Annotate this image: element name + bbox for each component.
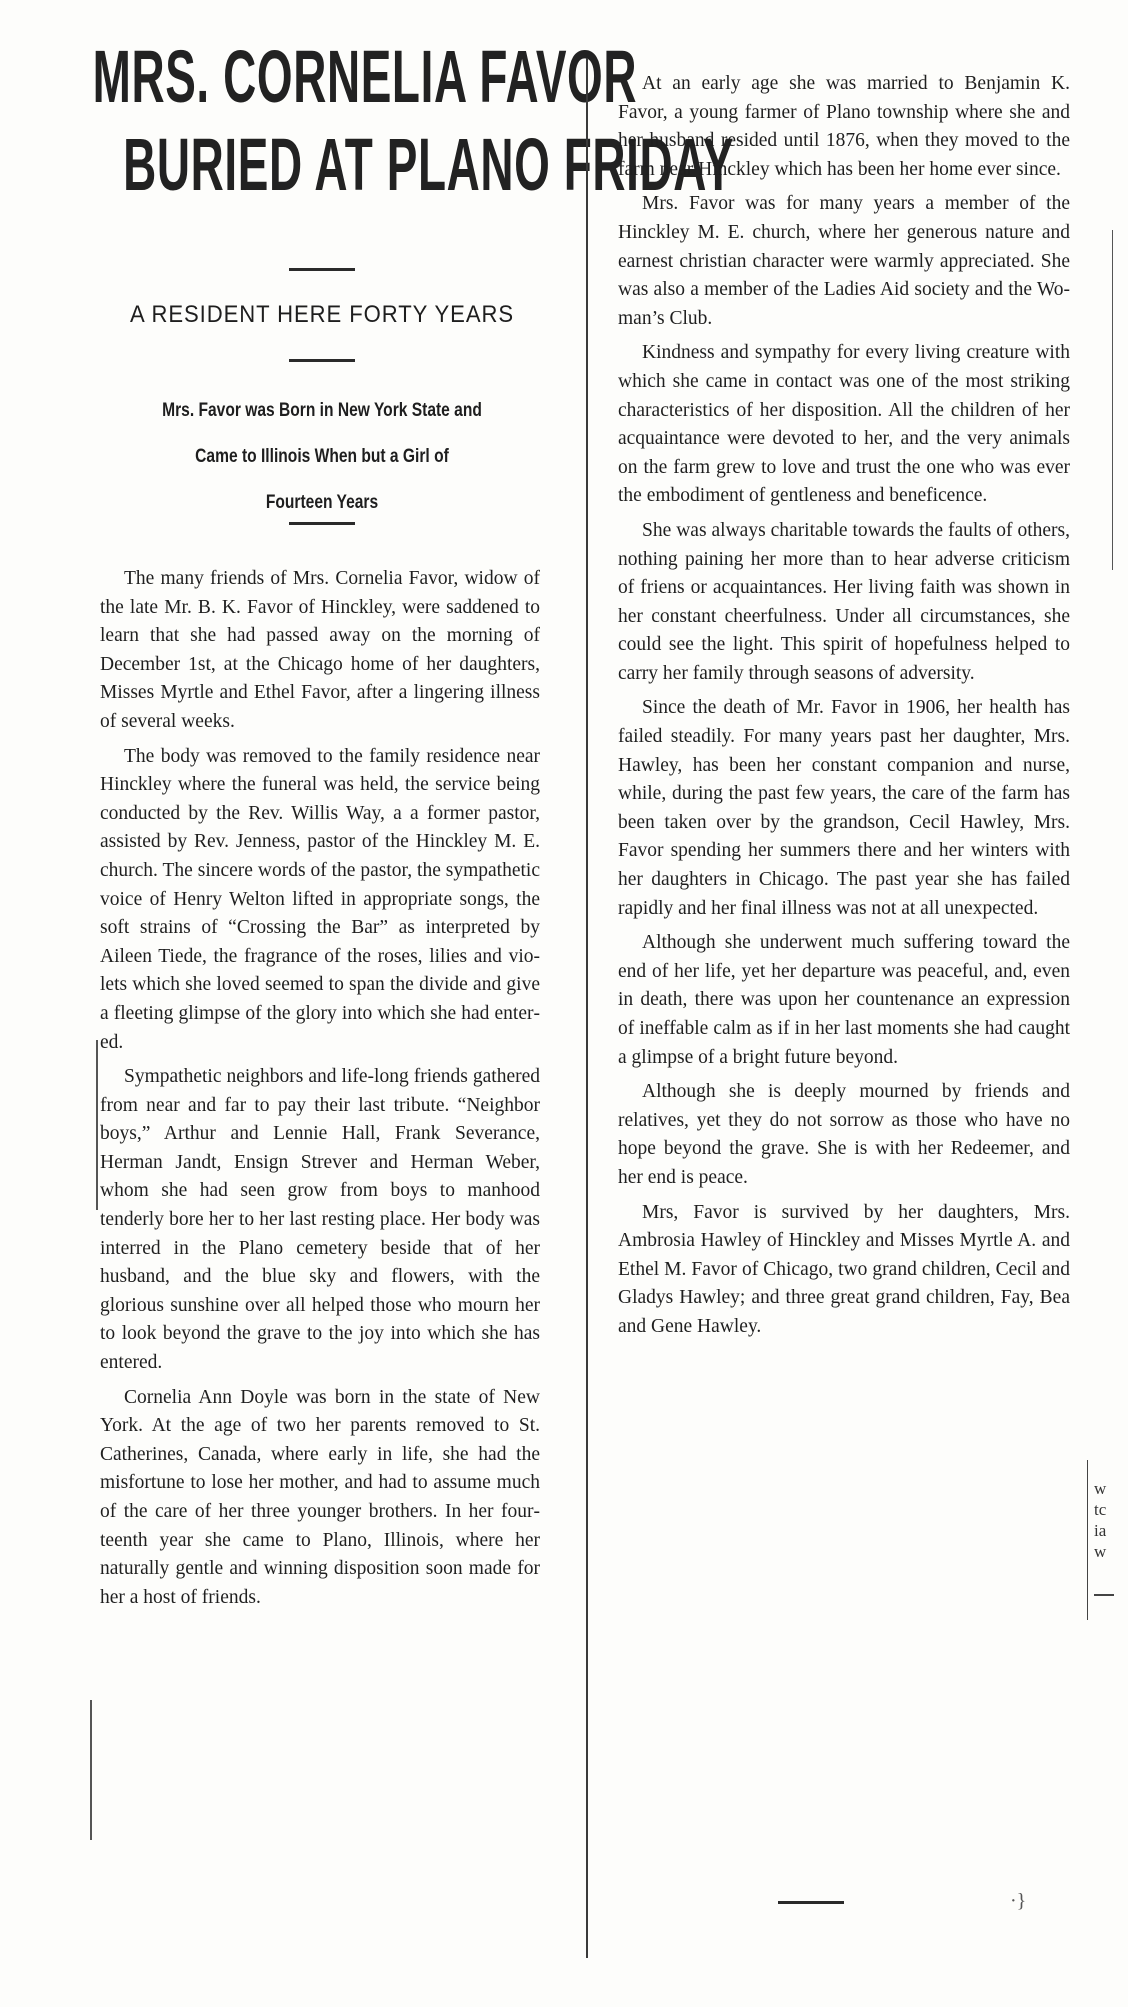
paragraph: Kindness and sympathy for every liv­ing … — [618, 339, 1070, 511]
paragraph: Mrs, Favor is survived by her daugh­ters… — [618, 1199, 1070, 1342]
fragment-line: w — [1094, 1478, 1106, 1499]
headline-line-2: BURIED AT PLANO FRIDAY — [98, 128, 575, 208]
column-rule — [586, 58, 588, 1958]
paragraph: The body was removed to the family resid… — [100, 743, 540, 1058]
adjacent-column-dash — [1094, 1594, 1114, 1596]
paragraph: She was always charitable towards the fa… — [618, 517, 1070, 689]
fragment-line: ia — [1094, 1520, 1106, 1541]
deck-line-2: Came to Illinois When but a Girl of — [101, 434, 544, 480]
fragment-line: w — [1094, 1541, 1106, 1562]
scan-margin-mark — [90, 1700, 92, 1840]
paragraph: The many friends of Mrs. Cornelia Favor,… — [100, 565, 540, 737]
article-end-divider — [778, 1901, 844, 1904]
paragraph: At an early age she was married to Benja… — [618, 70, 1070, 184]
paragraph: Sympathetic neighbors and life-long frie… — [100, 1063, 540, 1378]
scan-margin-mark — [1112, 230, 1113, 570]
right-column-body: At an early age she was married to Benja… — [618, 70, 1070, 1342]
paragraph: Although she underwent much suff­ering t… — [618, 929, 1070, 1072]
fragment-line: tc — [1094, 1499, 1106, 1520]
deck-line-3: Fourteen Years — [101, 480, 544, 526]
right-column: At an early age she was married to Benja… — [618, 70, 1070, 1342]
deck-line-1: Mrs. Favor was Born in New York State an… — [101, 388, 544, 434]
paragraph: Although she is deeply mourned by friend… — [618, 1078, 1070, 1192]
adjacent-column-rule — [1087, 1460, 1088, 1620]
paragraph: Mrs. Favor was for many years a member o… — [618, 190, 1070, 333]
headline-line-1: MRS. CORNELIA FAVOR — [93, 40, 552, 124]
scan-margin-mark — [96, 1040, 98, 1210]
deck: Mrs. Favor was Born in New York State an… — [101, 388, 544, 526]
left-column: MRS. CORNELIA FAVOR BURIED AT PLANO FRID… — [92, 40, 552, 1612]
paragraph: Since the death of Mr. Favor in 1906, he… — [618, 694, 1070, 923]
headline-divider — [289, 268, 355, 271]
subheadline-divider — [289, 359, 355, 362]
end-mark: ·} — [1010, 1890, 1026, 1913]
adjacent-column-fragment: w tc ia w — [1094, 1478, 1106, 1562]
subheadline: A RESIDENT HERE FORTY YEARS — [110, 301, 533, 329]
newspaper-clipping: MRS. CORNELIA FAVOR BURIED AT PLANO FRID… — [0, 0, 1128, 2007]
left-column-body: The many friends of Mrs. Cornelia Favor,… — [100, 565, 540, 1612]
paragraph: Cornelia Ann Doyle was born in the state… — [100, 1384, 540, 1613]
